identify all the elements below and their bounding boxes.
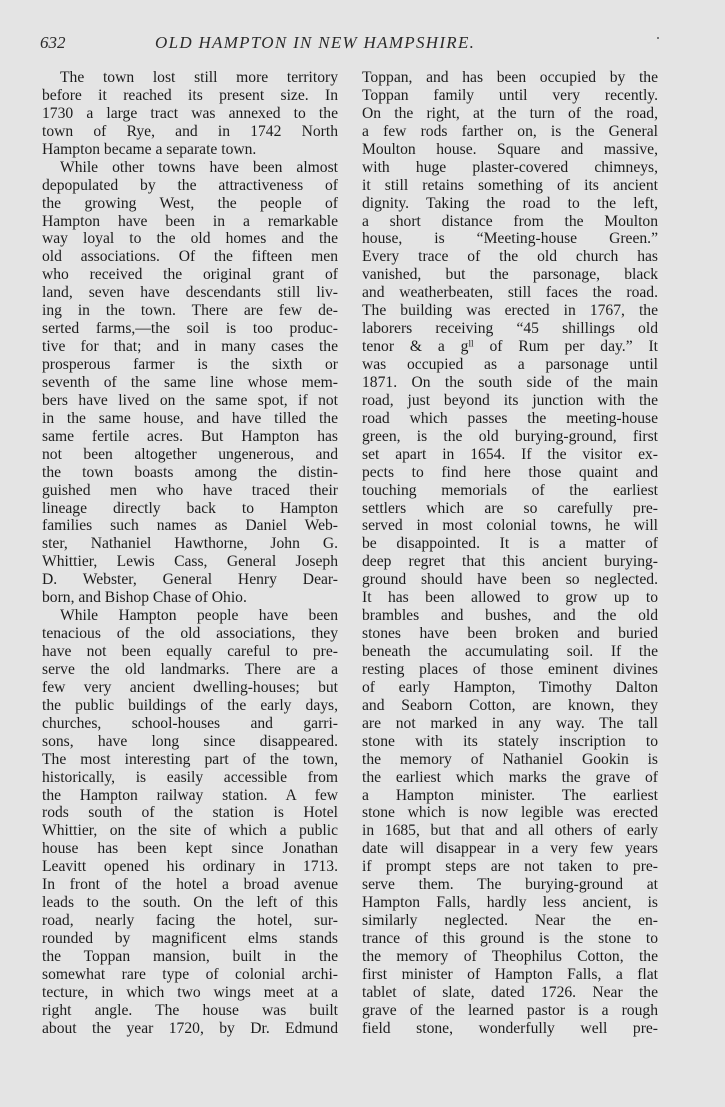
text-line: be disappointed. It is a matter of [362, 535, 658, 553]
text-line: house, is “Meeting-house Green.” [362, 230, 658, 248]
text-line: Every trace of the old church has [362, 248, 658, 266]
text-line: somewhat rare type of colonial archi- [42, 966, 338, 984]
text-line: in 1685, but that and all others of earl… [362, 822, 658, 840]
text-line: the Toppan mansion, built in the [42, 948, 338, 966]
text-line: ing in the town. There are few de- [42, 302, 338, 320]
text-line: a Hampton minister. The earliest [362, 787, 658, 805]
text-line: guished men who have traced their [42, 482, 338, 500]
right-column: Toppan, and has been occupied by theTopp… [362, 69, 658, 1038]
text-line: and weatherbeaten, still faces the road. [362, 284, 658, 302]
text-line: the growing West, the people of [42, 195, 338, 213]
text-line: field stone, wonderfully well pre- [362, 1020, 658, 1038]
text-line: rounded by magnificent elms stands [42, 930, 338, 948]
text-line: On the right, at the turn of the road, [362, 105, 658, 123]
text-line: it still retains something of its ancien… [362, 177, 658, 195]
text-line: deep regret that this ancient burying- [362, 553, 658, 571]
text-line: Toppan family until very recently. [362, 87, 658, 105]
text-line: While other towns have been almost [42, 159, 338, 177]
text-line: few very ancient dwelling-houses; but [42, 679, 338, 697]
text-line: Whittier, Lewis Cass, General Joseph [42, 553, 338, 571]
text-line: stones have been broken and buried [362, 625, 658, 643]
text-line: date will disappear in a very few years [362, 840, 658, 858]
text-line: beneath the accumulating soil. If the [362, 643, 658, 661]
text-line: trance of this ground is the stone to [362, 930, 658, 948]
text-line: the memory of Nathaniel Gookin is [362, 751, 658, 769]
text-line: the town boasts among the distin- [42, 464, 338, 482]
text-line: leads to the south. On the left of this [42, 894, 338, 912]
text-line: Hampton have been in a remarkable [42, 213, 338, 231]
text-line: the Hampton railway station. A few [42, 787, 338, 805]
running-title: OLD HAMPTON IN NEW HAMPSHIRE. [155, 33, 475, 53]
text-line: Whittier, on the site of which a public [42, 822, 338, 840]
text-line: seventh of the same line whose mem- [42, 374, 338, 392]
text-line: first minister of Hampton Falls, a flat [362, 966, 658, 984]
text-line: tenacious of the old associations, they [42, 625, 338, 643]
text-line: right angle. The house was built [42, 1002, 338, 1020]
text-line: road which passes the meeting-house [362, 410, 658, 428]
text-line: set apart in 1654. If the visitor ex- [362, 446, 658, 464]
text-line: In front of the hotel a broad avenue [42, 876, 338, 894]
text-line: depopulated by the attractiveness of [42, 177, 338, 195]
text-line: families such names as Daniel Web- [42, 517, 338, 535]
text-line: It has been allowed to grow up to [362, 589, 658, 607]
text-line: historically, is easily accessible from [42, 769, 338, 787]
text-line: D. Webster, General Henry Dear- [42, 571, 338, 589]
text-line: tenor & a gˡˡ of Rum per day.” It [362, 338, 658, 356]
text-line: before it reached its present size. In [42, 87, 338, 105]
text-line: tecture, in which two wings meet at a [42, 984, 338, 1002]
text-line: same fertile acres. But Hampton has [42, 428, 338, 446]
text-line: 1730 a large tract was annexed to the [42, 105, 338, 123]
text-line: the memory of Theophilus Cotton, the [362, 948, 658, 966]
text-line: a few rods farther on, is the General [362, 123, 658, 141]
page-header: 632 OLD HAMPTON IN NEW HAMPSHIRE. [40, 33, 680, 57]
text-line: serted farms,—the soil is too produc- [42, 320, 338, 338]
text-line: are not marked in any way. The tall [362, 715, 658, 733]
text-line: road, nearly facing the hotel, sur- [42, 912, 338, 930]
text-line: Leavitt opened his ordinary in 1713. [42, 858, 338, 876]
text-line: resting places of those eminent divines [362, 661, 658, 679]
left-column: The town lost still more territorybefore… [42, 69, 338, 1038]
text-line: ster, Nathaniel Hawthorne, John G. [42, 535, 338, 553]
text-line: grave of the learned pastor is a rough [362, 1002, 658, 1020]
text-line: serve them. The burying-ground at [362, 876, 658, 894]
text-line: about the year 1720, by Dr. Edmund [42, 1020, 338, 1038]
text-line: Hampton Falls, hardly less ancient, is [362, 894, 658, 912]
text-line: settlers which are so carefully pre- [362, 500, 658, 518]
text-line: with huge plaster-covered chimneys, [362, 159, 658, 177]
text-line: rods south of the station is Hotel [42, 804, 338, 822]
text-line: ground should have been so neglected. [362, 571, 658, 589]
text-line: laborers receiving “45 shillings old [362, 320, 658, 338]
text-line: served in most colonial towns, he will [362, 517, 658, 535]
text-line: a short distance from the Moulton [362, 213, 658, 231]
text-line: old associations. Of the fifteen men [42, 248, 338, 266]
text-line: lineage directly back to Hampton [42, 500, 338, 518]
text-line: land, seven have descendants still liv- [42, 284, 338, 302]
text-line: and Seaborn Cotton, are known, they [362, 697, 658, 715]
text-line: way loyal to the old homes and the [42, 230, 338, 248]
text-line: stone with its stately inscription to [362, 733, 658, 751]
text-line: churches, school-houses and garri- [42, 715, 338, 733]
text-line: The town lost still more territory [42, 69, 338, 87]
text-line: serve the old landmarks. There are a [42, 661, 338, 679]
text-line: if prompt steps are not taken to pre- [362, 858, 658, 876]
text-line: touching memorials of the earliest [362, 482, 658, 500]
text-line: bers have lived on the same spot, if not [42, 392, 338, 410]
text-line: of early Hampton, Timothy Dalton [362, 679, 658, 697]
text-line: The most interesting part of the town, [42, 751, 338, 769]
text-line: town of Rye, and in 1742 North [42, 123, 338, 141]
text-line: tive for that; and in many cases the [42, 338, 338, 356]
text-line: pects to find here those quaint and [362, 464, 658, 482]
text-line: green, is the old burying-ground, first [362, 428, 658, 446]
text-line: stone which is now legible was erected [362, 804, 658, 822]
text-line: the earliest which marks the grave of [362, 769, 658, 787]
text-line: vanished, but the parsonage, black [362, 266, 658, 284]
text-line: the public buildings of the early days, [42, 697, 338, 715]
print-speck [657, 37, 659, 39]
text-line: sons, have long since disappeared. [42, 733, 338, 751]
text-line: Hampton became a separate town. [42, 141, 338, 159]
text-line: prosperous farmer is the sixth or [42, 356, 338, 374]
text-line: who received the original grant of [42, 266, 338, 284]
text-line: in the same house, and have tilled the [42, 410, 338, 428]
text-line: While Hampton people have been [42, 607, 338, 625]
text-line: The building was erected in 1767, the [362, 302, 658, 320]
text-line: tablet of slate, dated 1726. Near the [362, 984, 658, 1002]
text-line: not been altogether ungenerous, and [42, 446, 338, 464]
text-line: have not been equally careful to pre- [42, 643, 338, 661]
text-line: similarly neglected. Near the en- [362, 912, 658, 930]
text-line: 1871. On the south side of the main [362, 374, 658, 392]
text-line: born, and Bishop Chase of Ohio. [42, 589, 338, 607]
text-line: Moulton house. Square and massive, [362, 141, 658, 159]
text-line: Toppan, and has been occupied by the [362, 69, 658, 87]
text-line: dignity. Taking the road to the left, [362, 195, 658, 213]
page-number: 632 [40, 33, 66, 53]
text-line: was occupied as a parsonage until [362, 356, 658, 374]
text-line: road, just beyond its junction with the [362, 392, 658, 410]
text-line: brambles and bushes, and the old [362, 607, 658, 625]
text-line: house has been kept since Jonathan [42, 840, 338, 858]
